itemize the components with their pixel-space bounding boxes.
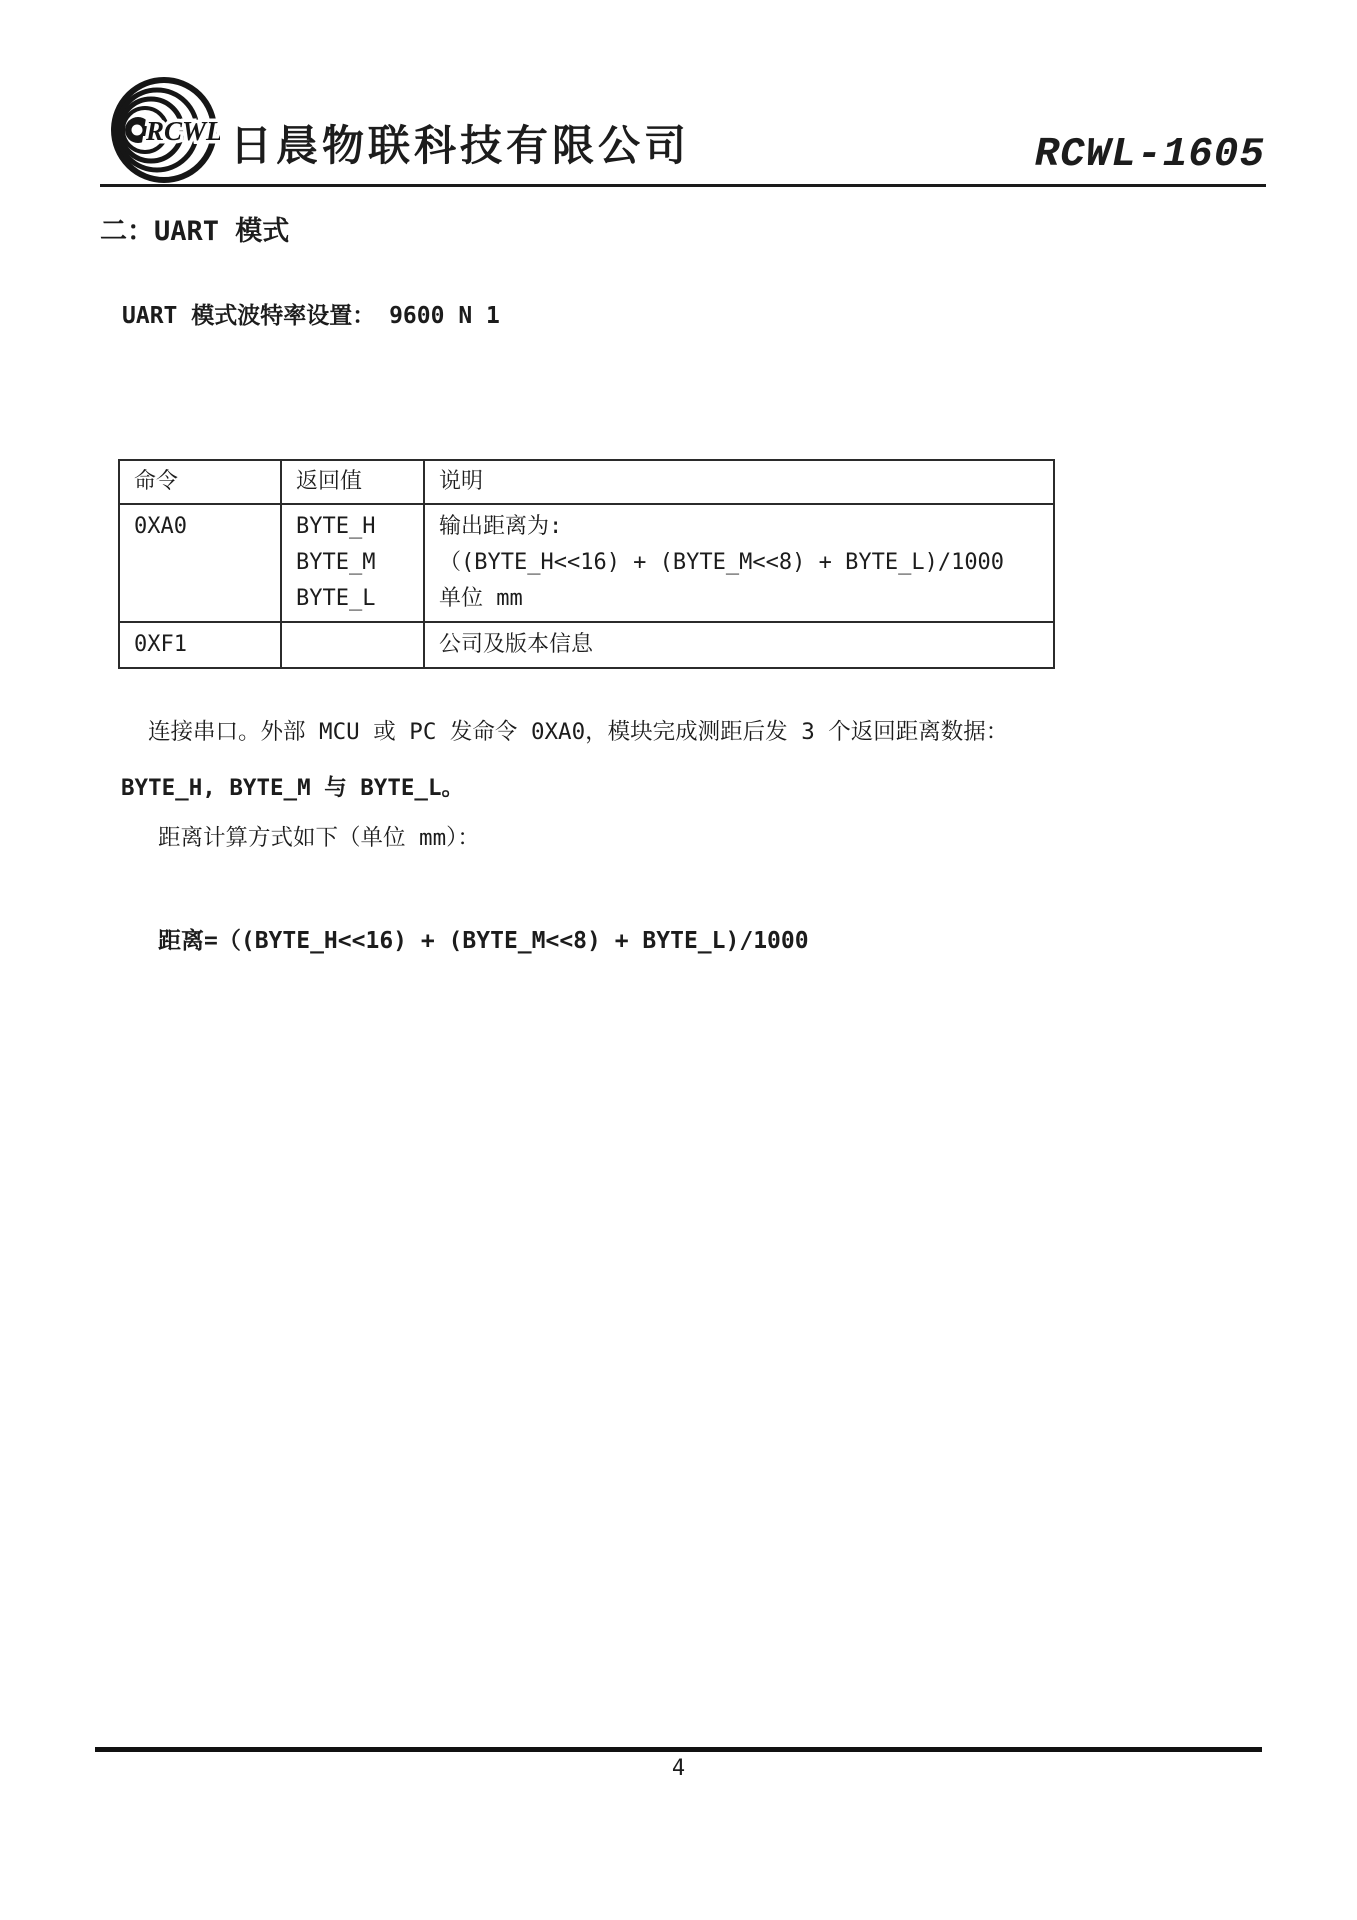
section-heading: 二：UART 模式 bbox=[100, 209, 289, 248]
paragraph-line-2: BYTE_H, BYTE_M 与 BYTE_L。 bbox=[121, 770, 464, 802]
distance-formula: 距离=（(BYTE_H<<16) + (BYTE_M<<8) + BYTE_L)… bbox=[158, 922, 809, 955]
cell-description: 公司及版本信息 bbox=[424, 622, 1054, 668]
table-header-row: 命令 返回值 说明 bbox=[119, 460, 1054, 504]
product-model: RCWL-1605 bbox=[1035, 130, 1265, 180]
return-byte-m: BYTE_M bbox=[296, 545, 417, 581]
return-byte-h: BYTE_H bbox=[296, 509, 417, 545]
cell-return-values-empty bbox=[281, 622, 424, 668]
command-value: 0XA0 bbox=[134, 509, 274, 545]
return-byte-l: BYTE_L bbox=[296, 581, 417, 617]
description-formula: （(BYTE_H<<16) + (BYTE_M<<8) + BYTE_L)/10… bbox=[439, 545, 1047, 581]
command-table: 命令 返回值 说明 0XA0 BYTE_H BYTE_M BYTE_L 输出距离… bbox=[118, 459, 1055, 669]
description-line: 输出距离为: bbox=[439, 509, 1047, 545]
cell-description: 输出距离为: （(BYTE_H<<16) + (BYTE_M<<8) + BYT… bbox=[424, 504, 1054, 622]
calc-intro-line: 距离计算方式如下（单位 mm）： bbox=[158, 820, 480, 852]
col-header-return: 返回值 bbox=[281, 460, 424, 504]
footer-divider bbox=[95, 1747, 1262, 1752]
header-divider bbox=[100, 184, 1266, 187]
paragraph-line-1: 连接串口。外部 MCU 或 PC 发命令 0XA0，模块完成测距后发 3 个返回… bbox=[148, 714, 1008, 746]
page-number: 4 bbox=[0, 1756, 1357, 1781]
cell-command: 0XF1 bbox=[119, 622, 281, 668]
cell-return-values: BYTE_H BYTE_M BYTE_L bbox=[281, 504, 424, 622]
col-header-description: 说明 bbox=[424, 460, 1054, 504]
document-page: RCWL 日晨物联科技有限公司 RCWL-1605 二：UART 模式 UART… bbox=[0, 0, 1357, 1920]
cell-command: 0XA0 bbox=[119, 504, 281, 622]
rcwl-logo-icon: RCWL bbox=[104, 74, 220, 186]
col-header-command: 命令 bbox=[119, 460, 281, 504]
command-value: 0XF1 bbox=[134, 627, 274, 663]
table-row-0xf1: 0XF1 公司及版本信息 bbox=[119, 622, 1054, 668]
table-row-0xa0: 0XA0 BYTE_H BYTE_M BYTE_L 输出距离为: （(BYTE_… bbox=[119, 504, 1054, 622]
description-unit: 单位 mm bbox=[439, 581, 1047, 617]
logo-text: RCWL bbox=[145, 116, 220, 146]
baud-rate-setting: UART 模式波特率设置： 9600 N 1 bbox=[122, 297, 500, 330]
company-name: 日晨物联科技有限公司 bbox=[230, 116, 690, 178]
description-line: 公司及版本信息 bbox=[439, 627, 1047, 663]
company-logo: RCWL bbox=[104, 74, 220, 186]
